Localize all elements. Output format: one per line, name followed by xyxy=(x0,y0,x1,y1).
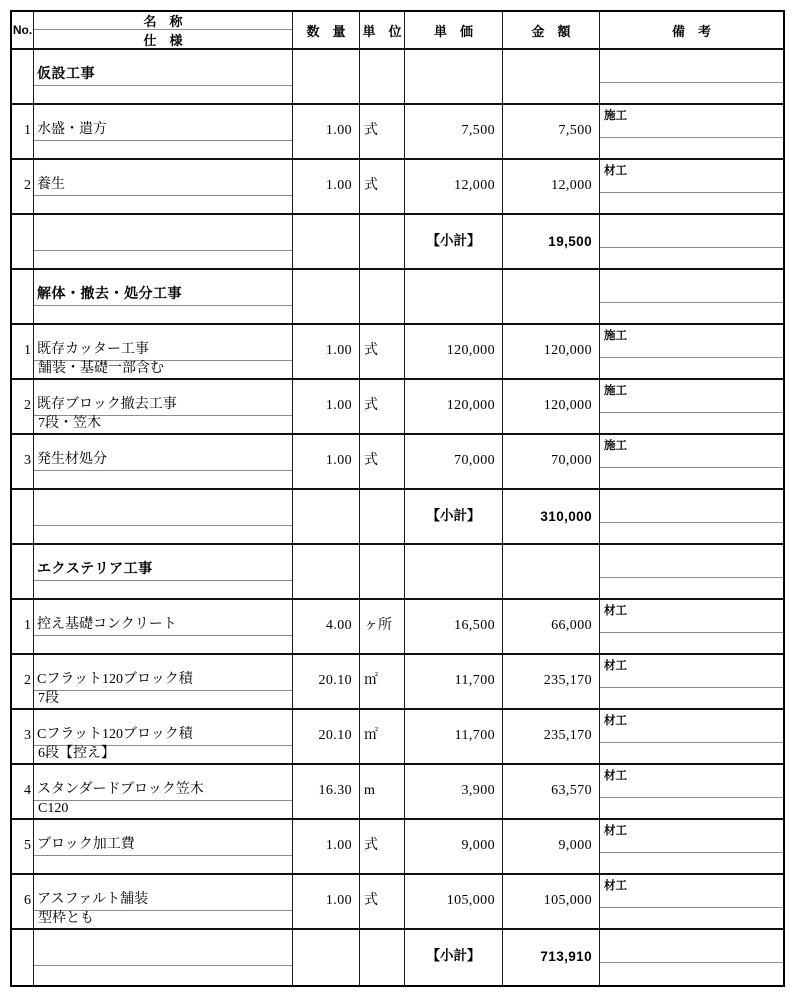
item-no-cell: 2 xyxy=(12,655,34,708)
section-title: 解体・撤去・処分工事 xyxy=(34,270,292,306)
item-note-label: 材工 xyxy=(600,655,783,688)
item-unit-price: 11,700 xyxy=(405,710,502,746)
item-no: 3 xyxy=(12,710,33,746)
item-qty: 1.00 xyxy=(293,105,359,141)
item-note-label: 材工 xyxy=(600,600,783,633)
item-unit-cell: ㎡ xyxy=(360,655,405,708)
item-unit-cell: ヶ所 xyxy=(360,600,405,653)
item-name-cell: Cフラット120ブロック積 7段 xyxy=(34,655,293,708)
item-note-label: 材工 xyxy=(600,875,783,908)
subtotal-qty-cell xyxy=(293,215,360,268)
item-note-cell: 施工 xyxy=(600,435,783,488)
item-unit: 式 xyxy=(360,380,404,416)
item-unit-cell: m xyxy=(360,765,405,818)
item-name-cell: 既存カッター工事 舗装・基礎一部含む xyxy=(34,325,293,378)
item-unit: ㎡ xyxy=(360,710,404,746)
item-unit-cell: 式 xyxy=(360,820,405,873)
item-note-cell: 施工 xyxy=(600,380,783,433)
item-name: 発生材処分 xyxy=(34,435,292,471)
section-unit-cell xyxy=(360,270,405,323)
subtotal-row: 【小計】 310,000 xyxy=(12,490,783,545)
item-unit: 式 xyxy=(360,820,404,856)
item-spec xyxy=(34,141,292,158)
item-qty: 1.00 xyxy=(293,380,359,416)
subtotal-qty-cell xyxy=(293,930,360,985)
header-name-spec: 名 称 仕 様 xyxy=(34,12,293,48)
item-note-cell: 材工 xyxy=(600,875,783,928)
subtotal-label: 【小計】 xyxy=(405,490,502,526)
section-price-cell xyxy=(405,50,503,103)
subtotal-name-cell xyxy=(34,215,293,268)
item-note-label: 施工 xyxy=(600,325,783,358)
section-qty-cell xyxy=(293,50,360,103)
item-unit-cell: ㎡ xyxy=(360,710,405,763)
section-qty-cell xyxy=(293,545,360,598)
header-spec: 仕 様 xyxy=(34,30,292,48)
subtotal-note-cell xyxy=(600,930,783,985)
item-row: 6 アスファルト舗装 型枠とも 1.00 式 105,000 105,000 材… xyxy=(12,875,783,930)
item-name: Cフラット120ブロック積 xyxy=(34,710,292,746)
item-unit: 式 xyxy=(360,435,404,471)
header-quantity: 数 量 xyxy=(293,12,360,48)
item-no: 2 xyxy=(12,160,33,196)
item-name-cell: 控え基礎コンクリート xyxy=(34,600,293,653)
section-amount-cell xyxy=(503,270,600,323)
item-unit-cell: 式 xyxy=(360,105,405,158)
item-unit-price-cell: 11,700 xyxy=(405,710,503,763)
item-no-cell: 3 xyxy=(12,710,34,763)
subtotal-qty-cell xyxy=(293,490,360,543)
item-qty: 16.30 xyxy=(293,765,359,801)
item-unit: 式 xyxy=(360,875,404,911)
item-note-cell: 材工 xyxy=(600,160,783,213)
item-qty-cell: 1.00 xyxy=(293,160,360,213)
item-name-cell: 養生 xyxy=(34,160,293,213)
section-note-cell xyxy=(600,270,783,323)
item-qty-cell: 4.00 xyxy=(293,600,360,653)
item-row: 2 養生 1.00 式 12,000 12,000 材工 xyxy=(12,160,783,215)
estimate-table: No. 名 称 仕 様 数 量 単 位 単 価 金 額 備 考 仮設工事 1 xyxy=(10,10,785,987)
item-row: 1 水盛・遣方 1.00 式 7,500 7,500 施工 xyxy=(12,105,783,160)
item-unit-price-cell: 12,000 xyxy=(405,160,503,213)
subtotal-amount-cell: 19,500 xyxy=(503,215,600,268)
section-amount-cell xyxy=(503,50,600,103)
item-spec xyxy=(34,196,292,213)
subtotal-unit-cell xyxy=(360,930,405,985)
item-amount: 235,170 xyxy=(503,710,599,746)
item-qty: 1.00 xyxy=(293,160,359,196)
section-unit-cell xyxy=(360,50,405,103)
item-no-cell: 1 xyxy=(12,105,34,158)
item-qty-cell: 1.00 xyxy=(293,820,360,873)
item-unit-price: 16,500 xyxy=(405,600,502,636)
item-unit-price: 12,000 xyxy=(405,160,502,196)
item-amount: 70,000 xyxy=(503,435,599,471)
item-unit-price: 120,000 xyxy=(405,380,502,416)
item-unit-price-cell: 16,500 xyxy=(405,600,503,653)
subtotal-amount-cell: 713,910 xyxy=(503,930,600,985)
item-name: 控え基礎コンクリート xyxy=(34,600,292,636)
item-amount: 235,170 xyxy=(503,655,599,691)
item-qty: 1.00 xyxy=(293,875,359,911)
item-note-label: 施工 xyxy=(600,105,783,138)
section-title-cell: 仮設工事 xyxy=(34,50,293,103)
item-qty: 20.10 xyxy=(293,655,359,691)
item-name-cell: スタンダードブロック笠木 C120 xyxy=(34,765,293,818)
item-no-cell: 2 xyxy=(12,380,34,433)
item-note-cell: 材工 xyxy=(600,710,783,763)
item-note-cell: 材工 xyxy=(600,655,783,708)
section-price-cell xyxy=(405,270,503,323)
item-unit: 式 xyxy=(360,105,404,141)
item-qty-cell: 1.00 xyxy=(293,325,360,378)
section-title: エクステリア工事 xyxy=(34,545,292,581)
item-no-cell: 3 xyxy=(12,435,34,488)
item-qty: 1.00 xyxy=(293,820,359,856)
item-unit-cell: 式 xyxy=(360,435,405,488)
item-row: 2 Cフラット120ブロック積 7段 20.10 ㎡ 11,700 235,17… xyxy=(12,655,783,710)
subtotal-label-cell: 【小計】 xyxy=(405,930,503,985)
item-amount-cell: 120,000 xyxy=(503,380,600,433)
page: { "header": { "no": "No.", "name_top": "… xyxy=(0,0,796,1000)
header-unit: 単 位 xyxy=(360,12,405,48)
item-name: 養生 xyxy=(34,160,292,196)
subtotal-note-cell xyxy=(600,490,783,543)
header-amount: 金 額 xyxy=(503,12,600,48)
item-name: アスファルト舗装 xyxy=(34,875,292,911)
item-qty: 1.00 xyxy=(293,325,359,361)
subtotal-value: 19,500 xyxy=(503,215,599,251)
item-unit-price: 7,500 xyxy=(405,105,502,141)
subtotal-value: 713,910 xyxy=(503,930,599,966)
item-row: 3 発生材処分 1.00 式 70,000 70,000 施工 xyxy=(12,435,783,490)
item-name-cell: Cフラット120ブロック積 6段【控え】 xyxy=(34,710,293,763)
item-note-label: 材工 xyxy=(600,820,783,853)
subtotal-label-cell: 【小計】 xyxy=(405,490,503,543)
table-header-row: No. 名 称 仕 様 数 量 単 位 単 価 金 額 備 考 xyxy=(12,12,783,50)
item-amount-cell: 12,000 xyxy=(503,160,600,213)
item-unit: ㎡ xyxy=(360,655,404,691)
subtotal-label: 【小計】 xyxy=(405,215,502,251)
item-no-cell: 6 xyxy=(12,875,34,928)
item-qty: 20.10 xyxy=(293,710,359,746)
item-note-cell: 材工 xyxy=(600,600,783,653)
item-unit-price: 120,000 xyxy=(405,325,502,361)
item-note-cell: 施工 xyxy=(600,105,783,158)
item-amount: 9,000 xyxy=(503,820,599,856)
item-row: 1 既存カッター工事 舗装・基礎一部含む 1.00 式 120,000 120,… xyxy=(12,325,783,380)
item-note-label: 材工 xyxy=(600,160,783,193)
item-note-cell: 材工 xyxy=(600,765,783,818)
item-unit-price: 3,900 xyxy=(405,765,502,801)
subtotal-amount-cell: 310,000 xyxy=(503,490,600,543)
item-unit-price-cell: 120,000 xyxy=(405,325,503,378)
item-unit: ヶ所 xyxy=(360,600,404,636)
item-qty: 1.00 xyxy=(293,435,359,471)
item-unit-price-cell: 11,700 xyxy=(405,655,503,708)
item-unit-price-cell: 3,900 xyxy=(405,765,503,818)
subtotal-label: 【小計】 xyxy=(405,930,502,966)
subtotal-name-cell xyxy=(34,490,293,543)
header-no: No. xyxy=(12,12,34,48)
item-unit-price-cell: 7,500 xyxy=(405,105,503,158)
item-unit-cell: 式 xyxy=(360,380,405,433)
section-title-cell: エクステリア工事 xyxy=(34,545,293,598)
subtotal-row: 【小計】 713,910 xyxy=(12,930,783,985)
item-spec: 舗装・基礎一部含む xyxy=(34,361,292,378)
subtotal-value: 310,000 xyxy=(503,490,599,526)
item-row: 4 スタンダードブロック笠木 C120 16.30 m 3,900 63,570… xyxy=(12,765,783,820)
item-qty-cell: 1.00 xyxy=(293,875,360,928)
estimate-sheet: No. 名 称 仕 様 数 量 単 位 単 価 金 額 備 考 仮設工事 1 xyxy=(10,10,785,987)
subtotal-note-cell xyxy=(600,215,783,268)
item-qty-cell: 1.00 xyxy=(293,380,360,433)
item-amount-cell: 63,570 xyxy=(503,765,600,818)
item-unit-price-cell: 9,000 xyxy=(405,820,503,873)
item-amount: 120,000 xyxy=(503,380,599,416)
section-no-cell xyxy=(12,545,34,598)
section-title: 仮設工事 xyxy=(34,50,292,86)
section-no-cell xyxy=(12,50,34,103)
item-no: 6 xyxy=(12,875,33,911)
header-remarks: 備 考 xyxy=(600,12,783,48)
item-spec: C120 xyxy=(34,801,292,818)
item-spec xyxy=(34,856,292,873)
subtotal-unit-cell xyxy=(360,490,405,543)
item-row: 2 既存ブロック撤去工事 7段・笠木 1.00 式 120,000 120,00… xyxy=(12,380,783,435)
item-unit-price-cell: 70,000 xyxy=(405,435,503,488)
item-amount: 105,000 xyxy=(503,875,599,911)
subtotal-no-cell xyxy=(12,490,34,543)
item-no: 2 xyxy=(12,655,33,691)
section-title-cell: 解体・撤去・処分工事 xyxy=(34,270,293,323)
item-amount-cell: 66,000 xyxy=(503,600,600,653)
item-amount: 12,000 xyxy=(503,160,599,196)
section-unit-cell xyxy=(360,545,405,598)
item-qty-cell: 20.10 xyxy=(293,655,360,708)
item-amount-cell: 120,000 xyxy=(503,325,600,378)
item-unit: 式 xyxy=(360,325,404,361)
subtotal-no-cell xyxy=(12,215,34,268)
section-qty-cell xyxy=(293,270,360,323)
item-no: 5 xyxy=(12,820,33,856)
item-name-cell: 発生材処分 xyxy=(34,435,293,488)
item-no: 1 xyxy=(12,600,33,636)
item-name-cell: 水盛・遣方 xyxy=(34,105,293,158)
item-amount-cell: 235,170 xyxy=(503,710,600,763)
item-no: 3 xyxy=(12,435,33,471)
item-amount: 63,570 xyxy=(503,765,599,801)
item-row: 5 ブロック加工費 1.00 式 9,000 9,000 材工 xyxy=(12,820,783,875)
item-qty: 4.00 xyxy=(293,600,359,636)
item-row: 3 Cフラット120ブロック積 6段【控え】 20.10 ㎡ 11,700 23… xyxy=(12,710,783,765)
item-unit-cell: 式 xyxy=(360,160,405,213)
item-unit-price: 11,700 xyxy=(405,655,502,691)
section-header-row: 解体・撤去・処分工事 xyxy=(12,270,783,325)
subtotal-no-cell xyxy=(12,930,34,985)
item-amount-cell: 105,000 xyxy=(503,875,600,928)
item-spec: 7段 xyxy=(34,691,292,708)
section-header-row: エクステリア工事 xyxy=(12,545,783,600)
item-spec: 6段【控え】 xyxy=(34,746,292,763)
item-unit-price: 105,000 xyxy=(405,875,502,911)
item-note-label: 施工 xyxy=(600,380,783,413)
item-no-cell: 2 xyxy=(12,160,34,213)
item-unit-price: 70,000 xyxy=(405,435,502,471)
item-unit-price-cell: 105,000 xyxy=(405,875,503,928)
item-amount: 66,000 xyxy=(503,600,599,636)
item-qty-cell: 20.10 xyxy=(293,710,360,763)
section-note-cell xyxy=(600,50,783,103)
item-note-label: 材工 xyxy=(600,765,783,798)
item-spec: 型枠とも xyxy=(34,911,292,928)
section-amount-cell xyxy=(503,545,600,598)
item-note-label: 材工 xyxy=(600,710,783,743)
item-spec xyxy=(34,636,292,653)
item-no: 1 xyxy=(12,325,33,361)
section-price-cell xyxy=(405,545,503,598)
section-header-row: 仮設工事 xyxy=(12,50,783,105)
item-name: 既存カッター工事 xyxy=(34,325,292,361)
item-name: スタンダードブロック笠木 xyxy=(34,765,292,801)
header-unit-price: 単 価 xyxy=(405,12,503,48)
subtotal-unit-cell xyxy=(360,215,405,268)
item-row: 1 控え基礎コンクリート 4.00 ヶ所 16,500 66,000 材工 xyxy=(12,600,783,655)
item-no-cell: 1 xyxy=(12,600,34,653)
item-unit-price: 9,000 xyxy=(405,820,502,856)
item-note-cell: 施工 xyxy=(600,325,783,378)
item-amount: 7,500 xyxy=(503,105,599,141)
item-name: ブロック加工費 xyxy=(34,820,292,856)
item-name-cell: ブロック加工費 xyxy=(34,820,293,873)
item-spec xyxy=(34,471,292,488)
item-no-cell: 5 xyxy=(12,820,34,873)
item-amount-cell: 70,000 xyxy=(503,435,600,488)
item-note-cell: 材工 xyxy=(600,820,783,873)
header-name: 名 称 xyxy=(34,12,292,30)
item-amount-cell: 7,500 xyxy=(503,105,600,158)
item-unit-cell: 式 xyxy=(360,325,405,378)
item-unit-cell: 式 xyxy=(360,875,405,928)
item-unit: 式 xyxy=(360,160,404,196)
item-qty-cell: 1.00 xyxy=(293,435,360,488)
item-amount: 120,000 xyxy=(503,325,599,361)
item-amount-cell: 235,170 xyxy=(503,655,600,708)
subtotal-label-cell: 【小計】 xyxy=(405,215,503,268)
section-note-cell xyxy=(600,545,783,598)
item-name: Cフラット120ブロック積 xyxy=(34,655,292,691)
item-unit: m xyxy=(360,765,404,801)
item-note-label: 施工 xyxy=(600,435,783,468)
section-no-cell xyxy=(12,270,34,323)
item-name: 既存ブロック撤去工事 xyxy=(34,380,292,416)
item-name: 水盛・遣方 xyxy=(34,105,292,141)
item-amount-cell: 9,000 xyxy=(503,820,600,873)
item-name-cell: アスファルト舗装 型枠とも xyxy=(34,875,293,928)
item-qty-cell: 16.30 xyxy=(293,765,360,818)
subtotal-name-cell xyxy=(34,930,293,985)
item-qty-cell: 1.00 xyxy=(293,105,360,158)
item-no-cell: 1 xyxy=(12,325,34,378)
subtotal-row: 【小計】 19,500 xyxy=(12,215,783,270)
item-unit-price-cell: 120,000 xyxy=(405,380,503,433)
item-no: 4 xyxy=(12,765,33,801)
item-name-cell: 既存ブロック撤去工事 7段・笠木 xyxy=(34,380,293,433)
item-no: 2 xyxy=(12,380,33,416)
item-no-cell: 4 xyxy=(12,765,34,818)
item-spec: 7段・笠木 xyxy=(34,416,292,433)
item-no: 1 xyxy=(12,105,33,141)
